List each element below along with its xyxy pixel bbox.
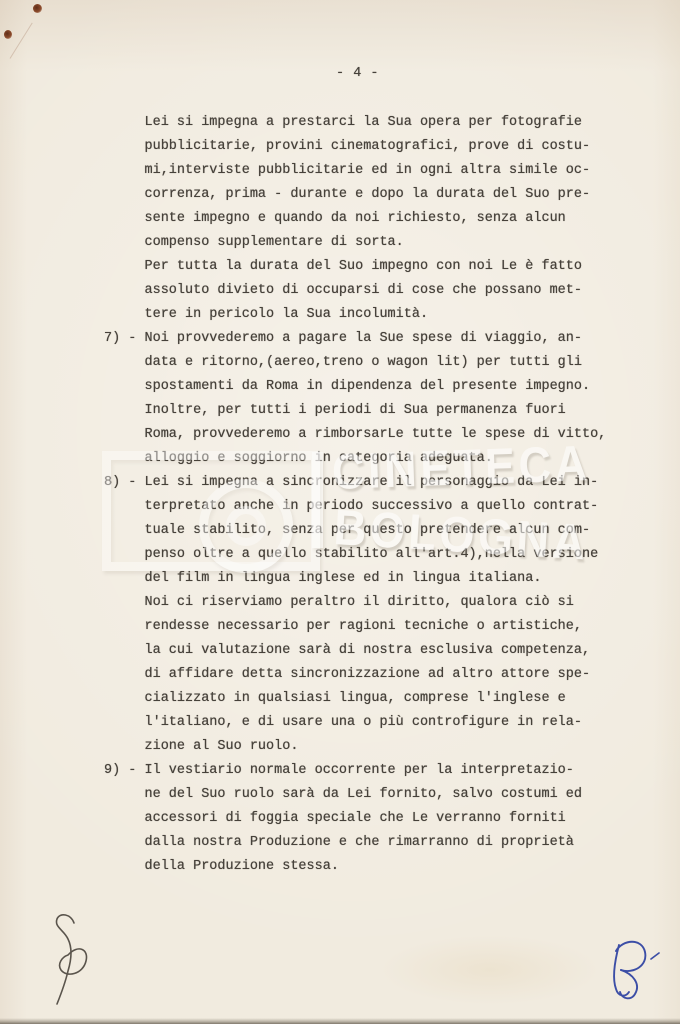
typewritten-line: Per tutta la durata del Suo impegno con …	[145, 255, 645, 279]
typewritten-line: Lei si impegna a sincronizzare il person…	[145, 471, 645, 495]
typewritten-line: correnza, prima - durante e dopo la dura…	[145, 183, 645, 207]
typewritten-line: terpretato anche in periodo successivo a…	[145, 495, 645, 519]
typewritten-line: pubblicitarie, provini cinematografici, …	[145, 135, 645, 159]
typewritten-line: data e ritorno,(aereo,treno o wagon lit)…	[145, 351, 645, 375]
pencil-flourish-mark	[36, 908, 98, 1010]
blue-ink-initial-mark	[604, 936, 666, 1008]
typewritten-line: ne del Suo ruolo sarà da Lei fornito, sa…	[145, 783, 645, 807]
typewritten-line: dalla nostra Produzione e che rimarranno…	[145, 831, 645, 855]
typewritten-line: assoluto divieto di occuparsi di cose ch…	[145, 279, 645, 303]
typewritten-line: di affidare detta sincronizzazione ad al…	[145, 663, 645, 687]
typewritten-line: Noi provvederemo a pagare la Sue spese d…	[145, 327, 645, 351]
scanned-contract-page: - 4 - Lei si impegna a prestarci la Sua …	[0, 0, 680, 1024]
typewritten-line: del film in lingua inglese ed in lingua …	[145, 567, 645, 591]
typewritten-line: alloggio e soggiorno in categoria adegua…	[145, 447, 645, 471]
typewritten-line: Lei si impegna a prestarci la Sua opera …	[145, 111, 645, 135]
typewritten-line: Roma, provvederemo a rimborsarLe tutte l…	[145, 423, 645, 447]
contract-item: 7) - Noi provvederemo a pagare la Sue sp…	[104, 327, 644, 471]
typewritten-line: tere in pericolo la Sua incolumità.	[145, 303, 645, 327]
item-number: 7) -	[104, 327, 145, 351]
typewritten-line: mi,interviste pubblicitarie ed in ogni a…	[145, 159, 645, 183]
scan-bottom-edge	[0, 1018, 680, 1024]
typewritten-line: zione al Suo ruolo.	[145, 735, 645, 759]
typewritten-line: sente impegno e quando da noi richiesto,…	[145, 207, 645, 231]
paper-stain	[380, 935, 600, 1005]
page-number: - 4 -	[336, 64, 379, 84]
paper-crease	[10, 23, 33, 59]
item-number: 8) -	[104, 471, 145, 495]
typewritten-line: Noi ci riserviamo peraltro il diritto, q…	[145, 591, 645, 615]
typewritten-line: l'italiano, e di usare una o più controf…	[145, 711, 645, 735]
typewritten-line: Inoltre, per tutti i periodi di Sua perm…	[145, 399, 645, 423]
typewritten-line: cializzato in qualsiasi lingua, comprese…	[145, 687, 645, 711]
typewritten-line: compenso supplementare di sorta.	[145, 231, 645, 255]
item-number: 9) -	[104, 759, 145, 783]
typewritten-line: accessori di foggia speciale che Le verr…	[145, 807, 645, 831]
typewritten-line: Il vestiario normale occorrente per la i…	[145, 759, 645, 783]
typewritten-line: tuale stabilito, senza per questo preten…	[145, 519, 645, 543]
typewritten-line: la cui valutazione sarà di nostra esclus…	[145, 639, 645, 663]
contract-item: Lei si impegna a prestarci la Sua opera …	[104, 111, 644, 327]
rust-speck	[33, 4, 42, 13]
contract-item: 8) - Lei si impegna a sincronizzare il p…	[104, 471, 644, 759]
typewritten-line: rendesse necessario per ragioni tecniche…	[145, 615, 645, 639]
typewritten-text: Lei si impegna a prestarci la Sua opera …	[104, 111, 644, 879]
typewritten-line: della Produzione stessa.	[145, 855, 645, 879]
typewritten-line: spostamenti da Roma in dipendenza del pr…	[145, 375, 645, 399]
typewritten-line: penso oltre a quello stabilito all'art.4…	[145, 543, 645, 567]
rust-speck	[4, 30, 12, 39]
contract-item: 9) - Il vestiario normale occorrente per…	[104, 759, 644, 879]
